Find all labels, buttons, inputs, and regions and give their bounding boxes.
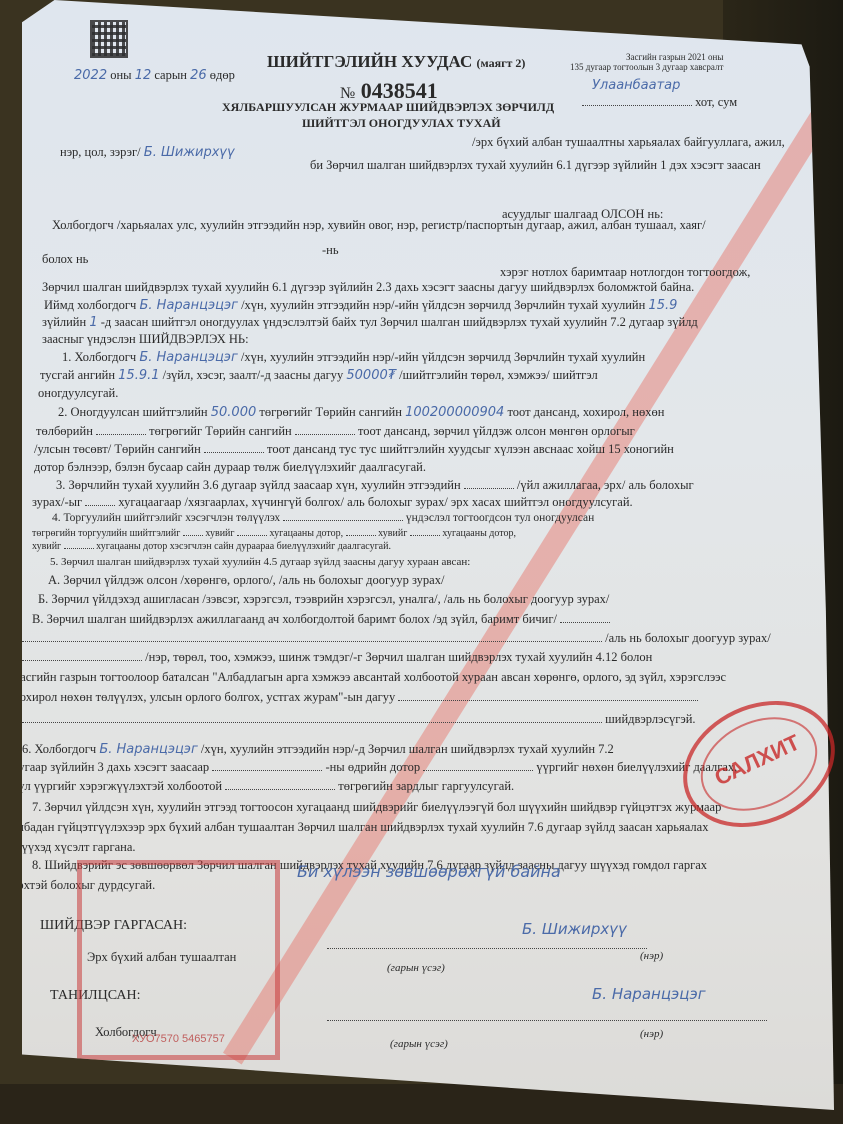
paragraph-5-h: шийдвэрлэсүгэй. — [22, 712, 696, 727]
penalty-sheet-document: 2022 оны 12 сарын 26 өдөр ШИЙТГЭЛИЙН ХУУ… — [22, 0, 834, 1110]
hw-objection: Би хүлээн зөвшөөрөхгүй байна — [297, 862, 561, 881]
line-iimd: Иймд холбогдогч Б. Наранцэцэг /хүн, хуул… — [44, 298, 677, 313]
paragraph-3: 3. Зөрчлийн тухай хуулийн 3.6 дугаар зүй… — [56, 478, 694, 493]
line-decide: заасныг үндэслэн ШИЙДВЭРЛЭХ НЬ: — [42, 332, 249, 347]
hw-party-name: Б. Наранцэцэг — [592, 985, 706, 1003]
rectangular-stamp: ХУО7570 5465757 — [77, 860, 280, 1060]
paragraph-4-b: төгрөгийн торгуулийн шийтгэлийг хувийг х… — [32, 528, 516, 539]
paragraph-2-d: дотор бэлнээр, бэлэн бусаар сайн дураар … — [34, 460, 426, 475]
party-signature-line — [327, 1010, 767, 1025]
paragraph-5-c: В. Зөрчил шалган шийдвэрлэх ажиллагаанд … — [32, 612, 610, 627]
paragraph-1: 1. Холбогдогч Б. Наранцэцэг /хүн, хуулий… — [62, 350, 645, 365]
paragraph-2: 2. Оногдуулсан шийтгэлийн 50.000 төгрөги… — [58, 405, 664, 420]
paragraph-1-end: оногдуулсугай. — [38, 386, 118, 401]
paragraph-5-f: Засгийн газрын тогтоолоор баталсан "Алба… — [14, 670, 726, 685]
hw-city: Улаанбаатар — [592, 78, 680, 93]
line-proof: хэрэг нотлох баримтаар нотлогдон тогтоог… — [500, 265, 750, 280]
paragraph-6-c: хүл үүргийг хэрэгжүүлэхтэй холбоотой төг… — [12, 779, 514, 794]
city-label: хот, сум — [582, 95, 737, 110]
hw-official-name: Б. Шижирхүү — [522, 920, 627, 938]
paragraph-1-cont: тусгай ангийн 15.9.1 /зүйл, хэсэг, заалт… — [40, 368, 598, 383]
name-caption: (нэр) — [640, 950, 663, 962]
paragraph-5: 5. Зөрчил шалган шийдвэрлэх тухай хуулий… — [50, 556, 470, 568]
signature-caption-2: (гарын үсэг) — [390, 1038, 448, 1050]
line-official: /эрх бүхий албан тушаалтны харьяалах бай… — [472, 135, 785, 150]
approval-note: Засгийн газрын 2021 оны 135 дугаар тогто… — [570, 52, 723, 72]
line-party: Холбогдогч /харьяалах улс, хуулийн этгээ… — [52, 218, 706, 233]
paragraph-6-b: дугаар зүйлийн 3 дахь хэсэгт заасаар -ны… — [12, 760, 737, 775]
paragraph-7-b: албадан гүйцэтгүүлэхээр эрх бүхий албан … — [12, 820, 708, 835]
line-2-3: Зөрчил шалган шийдвэрлэх тухай хуулийн 6… — [42, 280, 694, 295]
paragraph-7-c: шүүхэд хүсэлт гаргана. — [12, 840, 136, 855]
official-signature-line — [327, 938, 647, 953]
line-zuil: зүйлийн 1 -д заасан шийтгэл оногдуулах ү… — [42, 315, 698, 330]
paragraph-2-b: төлбөрийн төгрөгийг Төрийн сангийн тоот … — [36, 424, 635, 439]
paragraph-6: 6. Холбогдогч Б. Наранцэцэг /хүн, хуулий… — [22, 742, 614, 757]
line-nh: -нь — [322, 243, 339, 258]
paragraph-5-e: /нэр, төрөл, тоо, хэмжээ, шинж тэмдэг/-г… — [22, 650, 652, 665]
paragraph-3-b: зурах/-ыг хугацаагаар /хязгаарлах, хүчин… — [32, 495, 633, 510]
line-bolokh: болох нь — [42, 252, 88, 267]
paragraph-7: 7. Зөрчил үйлдсэн хүн, хуулийн этгээд то… — [32, 800, 721, 815]
paragraph-4-c: хувийг хугацааны дотор хэсэгчлэн сайн ду… — [32, 541, 391, 552]
line-name-rank: нэр, цол, зэрэг/ Б. Шижирхүү — [60, 145, 235, 160]
document-title: ШИЙТГЭЛИЙН ХУУДАС (маягт 2) — [267, 52, 525, 72]
subtitle-2: ШИЙТГЭЛ ОНОГДУУЛАХ ТУХАЙ — [302, 116, 501, 131]
paragraph-2-c: /улсын төсөвт/ Төрийн сангийн тоот данса… — [34, 442, 674, 457]
paragraph-5-b: Б. Зөрчил үйлдэхэд ашигласан /зэвсэг, хэ… — [38, 592, 609, 607]
paragraph-4: 4. Торгуулийн шийтгэлийг хэсэгчлэн төлүү… — [52, 512, 594, 524]
qr-code-icon — [90, 20, 128, 58]
signature-caption: (гарын үсэг) — [387, 962, 445, 974]
name-caption-2: (нэр) — [640, 1028, 663, 1040]
date-line: 2022 оны 12 сарын 26 өдөр — [74, 68, 235, 83]
paragraph-5-a: А. Зөрчил үйлдэж олсон /хөрөнгө, орлого/… — [48, 573, 444, 588]
line-6-1: би Зөрчил шалган шийдвэрлэх тухай хуулий… — [310, 158, 761, 173]
paragraph-5-g: хохирол нөхөн төлүүлэх, улсын орлого бол… — [14, 690, 698, 705]
paragraph-5-d: /аль нь болохыг доогуур зурах/ — [22, 631, 771, 646]
subtitle-1: ХЯЛБАРШУУЛСАН ЖУРМААР ШИЙДВЭРЛЭХ ЗӨРЧИЛД — [222, 100, 554, 115]
